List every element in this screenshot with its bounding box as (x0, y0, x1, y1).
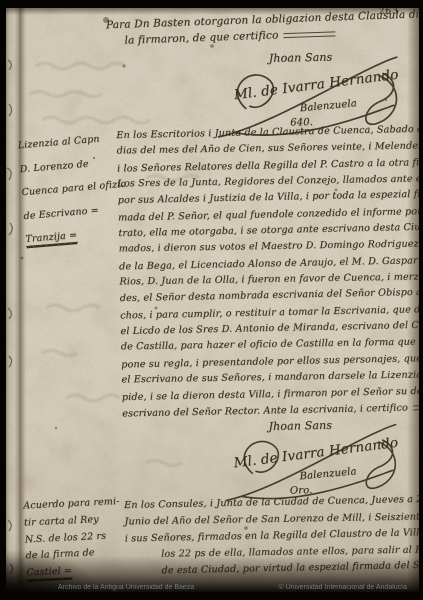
top-shadow (6, 8, 419, 15)
attestation-name: Jhoan Sans (268, 419, 332, 433)
archive-watermark: Archivo de la Antigua Universidad de Bae… (58, 584, 407, 591)
scan-frame: 263 Para Dn Basten otorgaron la obligazi… (0, 0, 423, 600)
manuscript-page: 263 Para Dn Basten otorgaron la obligazi… (6, 8, 419, 592)
attestation-name: Jhoan Sans (269, 51, 333, 65)
margin-note-licencia: Lizenzia al Capn D. Lorenzo de Cuenca pa… (17, 126, 126, 251)
right-edge-shadow (407, 8, 419, 592)
archive-copyright: © Universidad Internacional de Andalucía (278, 584, 407, 591)
ink-rule (283, 31, 335, 38)
page-content: 263 Para Dn Basten otorgaron la obligazi… (6, 8, 419, 592)
archive-name: Archivo de la Antigua Universidad de Bae… (58, 584, 194, 591)
main-text-block: En los Escritorios i Junta de la Claustr… (116, 122, 419, 422)
